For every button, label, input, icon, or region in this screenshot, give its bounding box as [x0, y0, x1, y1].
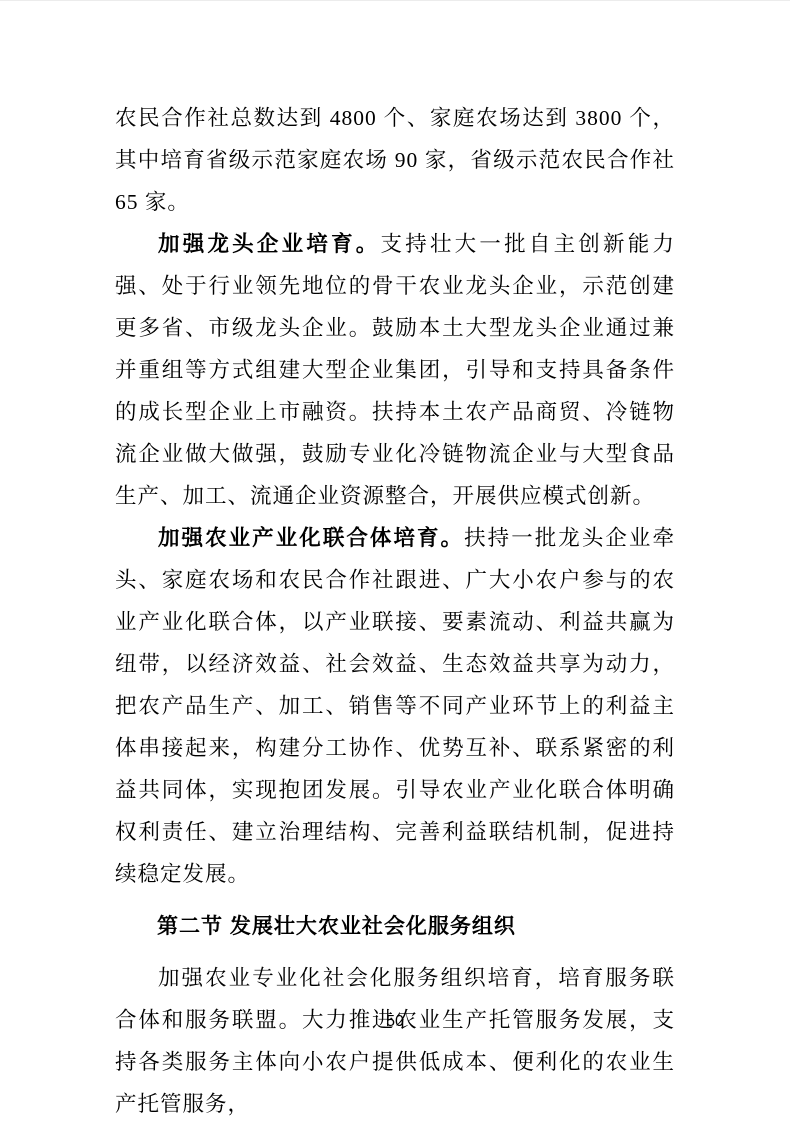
paragraph-text: 农民合作社总数达到 4800 个、家庭农场达到 3800 个，其中培育省级示范家…	[115, 106, 675, 214]
body-paragraph: 加强农业专业化社会化服务组织培育，培育服务联合体和服务联盟。大力推进农业生产托管…	[115, 957, 675, 1122]
paragraph-text: 支持壮大一批自主创新能力强、处于行业领先地位的骨干农业龙头企业，示范创建更多省、…	[115, 232, 675, 508]
page-number: 50	[386, 1013, 404, 1030]
paragraph-text: 加强农业专业化社会化服务组织培育，培育服务联合体和服务联盟。大力推进农业生产托管…	[115, 966, 675, 1116]
body-paragraph: 农民合作社总数达到 4800 个、家庭农场达到 3800 个，其中培育省级示范家…	[115, 97, 675, 223]
document-page: 农民合作社总数达到 4800 个、家庭农场达到 3800 个，其中培育省级示范家…	[0, 0, 790, 1122]
section-heading: 第二节 发展壮大农业社会化服务组织	[115, 911, 675, 943]
paragraph-lead-bold: 加强农业产业化联合体培育。	[158, 526, 464, 550]
page-body: 农民合作社总数达到 4800 个、家庭农场达到 3800 个，其中培育省级示范家…	[115, 97, 675, 1122]
paragraph-lead-bold: 加强龙头企业培育。	[158, 232, 381, 256]
body-paragraph: 加强农业产业化联合体培育。扶持一批龙头企业牵头、家庭农场和农民合作社跟进、广大小…	[115, 517, 675, 895]
paragraph-text: 扶持一批龙头企业牵头、家庭农场和农民合作社跟进、广大小农户参与的农业产业化联合体…	[115, 526, 675, 886]
body-paragraph: 加强龙头企业培育。支持壮大一批自主创新能力强、处于行业领先地位的骨干农业龙头企业…	[115, 223, 675, 517]
page-footer: 50	[0, 1013, 790, 1031]
